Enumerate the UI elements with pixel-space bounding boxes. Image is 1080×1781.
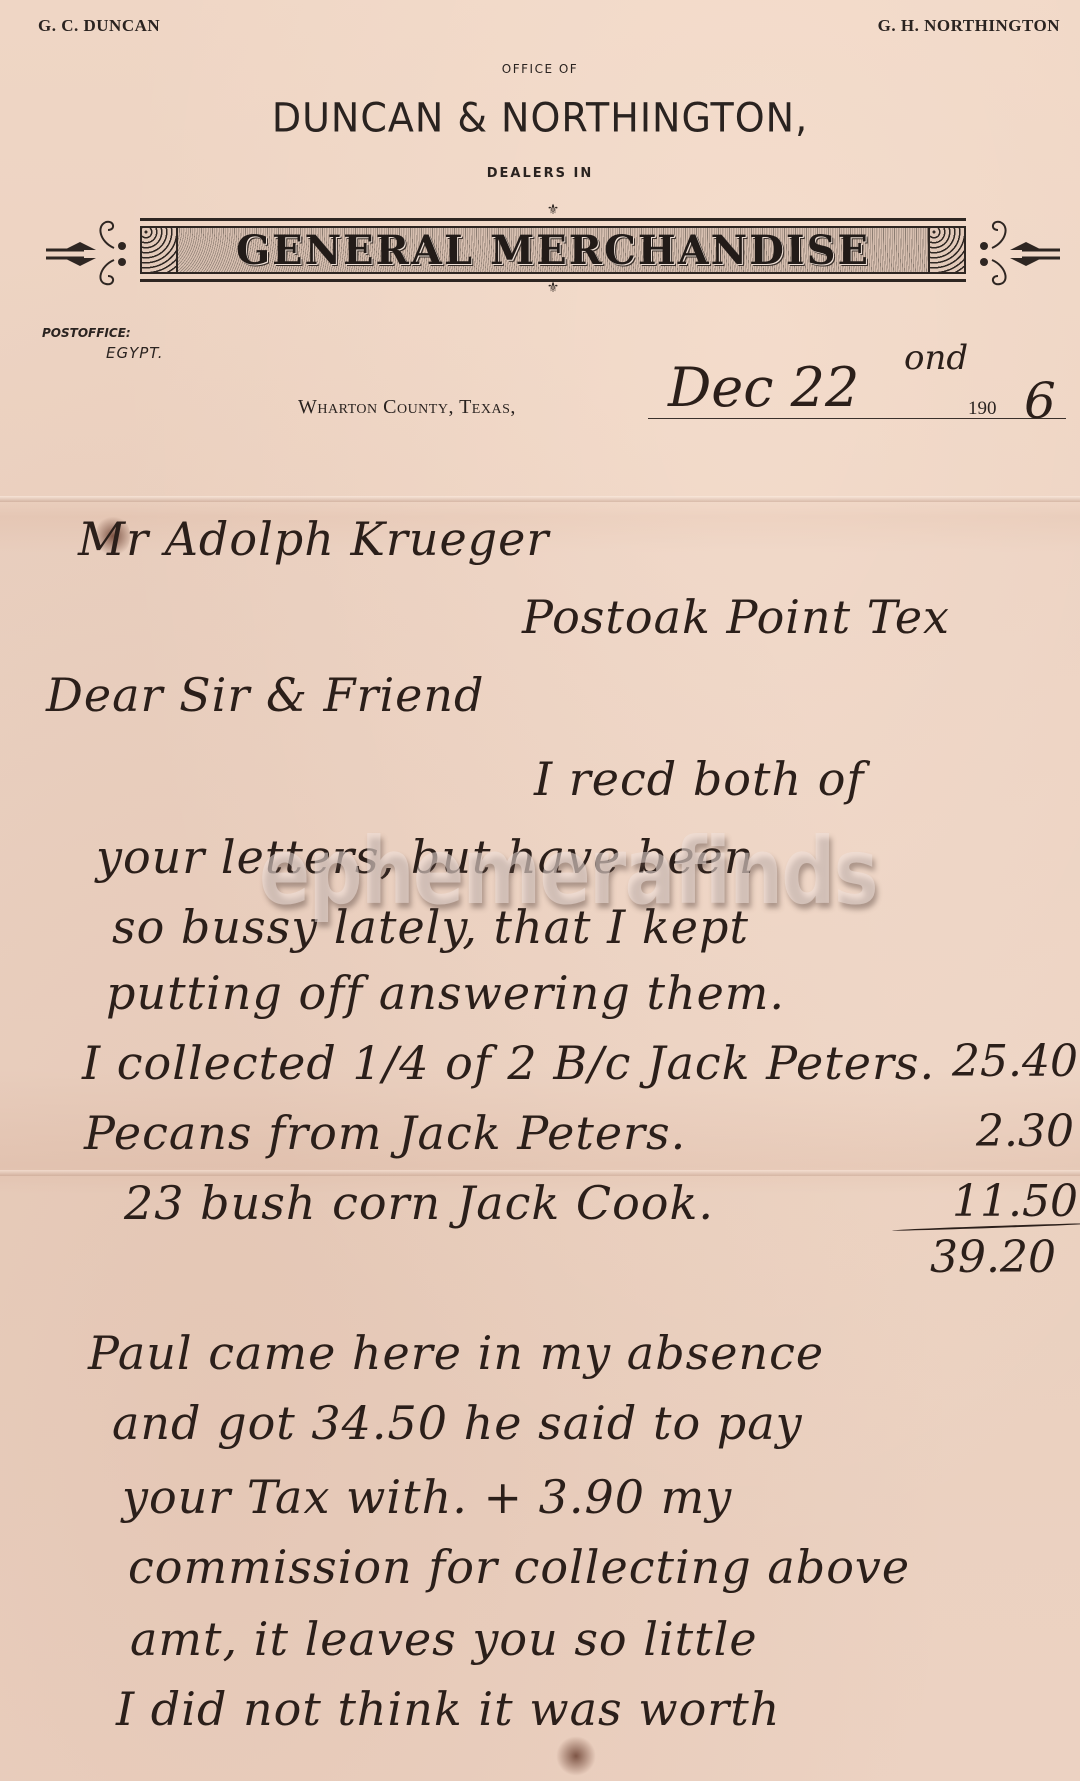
dot-pattern — [928, 228, 964, 272]
body-line: amt, it leaves you so little — [130, 1612, 758, 1666]
body-line: and got 34.50 he said to pay — [112, 1396, 803, 1450]
addressee-place: Postoak Point Tex — [522, 590, 950, 644]
merchandise-banner: ⚜ GENERAL MERCHANDISE ⚜ — [44, 212, 1062, 288]
year-prefix: 190 — [968, 398, 997, 420]
date-suffix: ond — [904, 338, 968, 378]
paper-fold — [0, 496, 1080, 502]
banner-box: GENERAL MERCHANDISE — [140, 226, 966, 274]
ledger-item: I collected 1/4 of 2 B/c Jack Peters. — [82, 1036, 935, 1090]
ornament-icon: ⚜ — [546, 284, 560, 294]
banner-rule — [140, 218, 966, 221]
body-line: Paul came here in my absence — [88, 1326, 824, 1380]
banner-title: GENERAL MERCHANDISE — [236, 227, 870, 274]
ornament-icon: ⚜ — [546, 206, 560, 216]
ledger-amount: 2.30 — [976, 1106, 1074, 1157]
greeting: Dear Sir & Friend — [46, 668, 484, 722]
scroll-flourish-icon — [44, 212, 140, 288]
handwritten-date: Dec 22 — [668, 356, 859, 419]
body-line: I recd both of — [534, 752, 864, 806]
banner-rule — [140, 279, 966, 282]
body-line: putting off answering them. — [106, 966, 785, 1020]
body-line: commission for collecting above — [128, 1540, 910, 1594]
ledger-total: 39.20 — [930, 1232, 1056, 1283]
dot-pattern — [142, 228, 178, 272]
ledger-amount: 25.40 — [952, 1036, 1078, 1087]
firm-name: DUNCAN & NORTHINGTON, — [0, 95, 1080, 141]
ledger-item: 23 bush corn Jack Cook. — [124, 1176, 714, 1230]
addressee-name: Mr Adolph Krueger — [78, 512, 549, 566]
ledger-amount: 11.50 — [952, 1176, 1078, 1227]
office-of-label: OFFICE OF — [0, 62, 1080, 76]
dealers-in-label: DEALERS IN — [0, 166, 1080, 181]
watermark: ephemerafinds — [259, 818, 833, 925]
body-line: your Tax with. + 3.90 my — [122, 1470, 732, 1524]
date-year-digit: 6 — [1024, 372, 1056, 430]
ink-stain — [556, 1736, 596, 1776]
postoffice-label: POSTOFFICE: — [42, 326, 131, 340]
ledger-item: Pecans from Jack Peters. — [84, 1106, 686, 1160]
body-line: I did not think it was worth — [116, 1682, 780, 1736]
partner-left: G. C. DUNCAN — [38, 16, 160, 36]
scroll-flourish-icon — [966, 212, 1062, 288]
partner-right: G. H. NORTHINGTON — [878, 16, 1060, 36]
dateline-location: Wharton County, Texas, — [298, 396, 516, 419]
postoffice-value: EGYPT. — [106, 344, 163, 362]
